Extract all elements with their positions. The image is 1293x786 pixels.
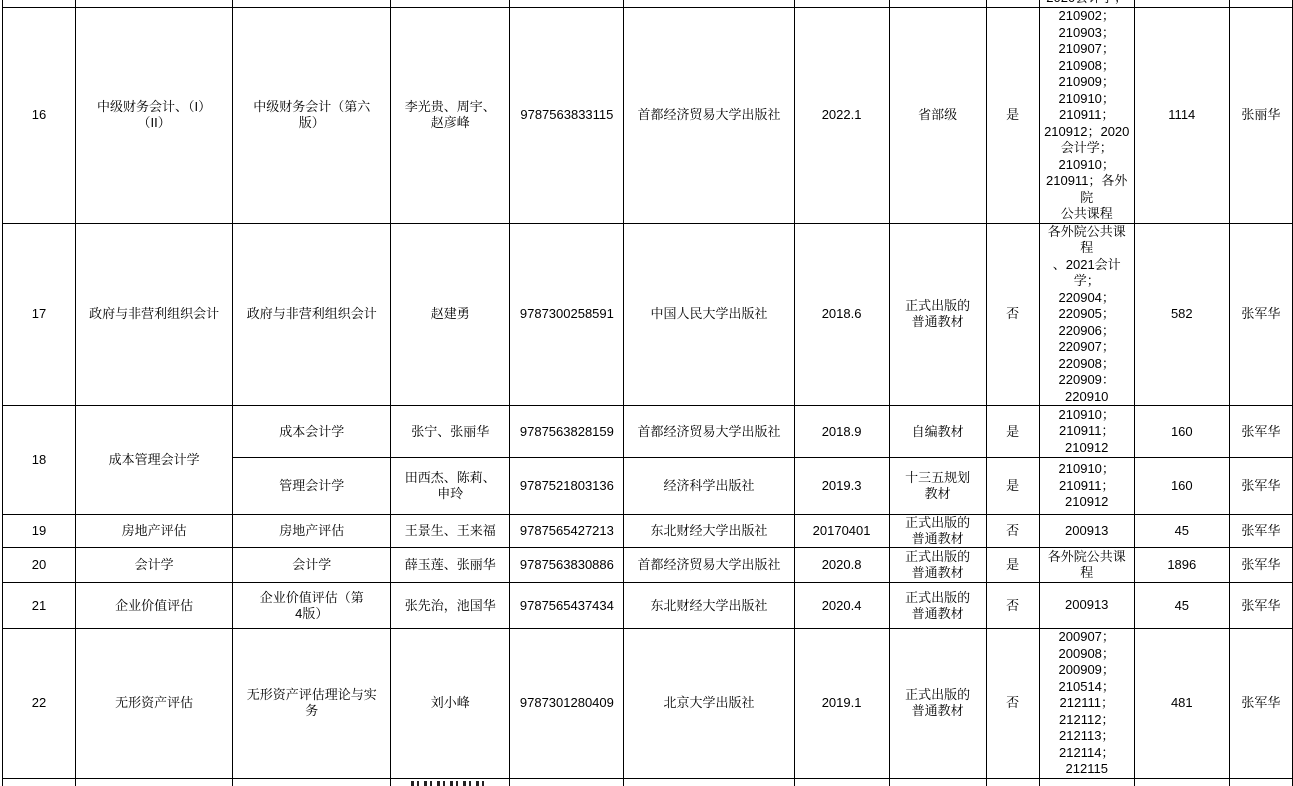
type-cell: 正式出版的 普通教材 (889, 548, 986, 583)
isbn-cell: 9787521803136 (510, 458, 624, 515)
table-cell (889, 778, 986, 786)
person-cell: 张军华 (1229, 406, 1292, 458)
table-cell (889, 0, 986, 8)
table-cell (794, 0, 889, 8)
person-cell: 张军华 (1229, 223, 1292, 406)
classes-cell: 各外院公共课程 、2021会计学； 220904； 220905； 220906… (1039, 223, 1134, 406)
person-cell: 张丽华 (1229, 8, 1292, 224)
textbook-cell: 企业价值评估（第 4版） (233, 583, 391, 629)
date-cell: 2018.6 (794, 223, 889, 406)
textbook-table: 2020会计学； 16 中级财务会计、（I） （II） 中级财务会计（第六 版）… (2, 0, 1293, 786)
table-cell (76, 778, 233, 786)
row-number-cell: 18 (3, 406, 76, 515)
count-cell: 1896 (1134, 548, 1229, 583)
authors-cell: 张先治，池国华 (391, 583, 510, 629)
course-cell: 成本管理会计学 (76, 406, 233, 515)
classes-cell: 200913 (1039, 583, 1134, 629)
authors-cell: 刘小峰 (391, 629, 510, 779)
isbn-cell: 9787563830886 (510, 548, 624, 583)
authors-cell: 王景生、王来福 (391, 515, 510, 548)
date-cell: 2020.8 (794, 548, 889, 583)
table-row-21: 21 企业价值评估 企业价值评估（第 4版） 张先治，池国华 978756543… (3, 583, 1293, 629)
type-cell: 十三五规划 教材 (889, 458, 986, 515)
table-cell (986, 778, 1039, 786)
date-cell: 2018.9 (794, 406, 889, 458)
classes-cell-partial: 2020会计学； (1039, 0, 1134, 8)
flag-cell: 否 (986, 223, 1039, 406)
table-row-17: 17 政府与非营利组织会计 政府与非营利组织会计 赵建勇 97873002585… (3, 223, 1293, 406)
date-cell: 2019.1 (794, 629, 889, 779)
textbook-cell: 政府与非营利组织会计 (233, 223, 391, 406)
flag-cell: 是 (986, 406, 1039, 458)
flag-cell: 否 (986, 629, 1039, 779)
person-cell: 张军华 (1229, 583, 1292, 629)
count-cell: 481 (1134, 629, 1229, 779)
publisher-cell: 首都经济贸易大学出版社 (624, 548, 794, 583)
date-cell: 2020.4 (794, 583, 889, 629)
authors-cell-partial (391, 778, 510, 786)
course-cell: 企业价值评估 (76, 583, 233, 629)
type-cell: 正式出版的 普通教材 (889, 629, 986, 779)
table-cell (76, 0, 233, 8)
row-number-cell: 16 (3, 8, 76, 224)
textbook-cell: 会计学 (233, 548, 391, 583)
course-cell: 中级财务会计、（I） （II） (76, 8, 233, 224)
partial-row-bottom (3, 778, 1293, 786)
date-cell: 2019.3 (794, 458, 889, 515)
table-cell (624, 778, 794, 786)
flag-cell: 否 (986, 583, 1039, 629)
course-cell: 无形资产评估 (76, 629, 233, 779)
isbn-cell: 9787301280409 (510, 629, 624, 779)
row-number-cell: 22 (3, 629, 76, 779)
classes-cell: 210910； 210911； 210912 (1039, 406, 1134, 458)
type-cell: 正式出版的 普通教材 (889, 223, 986, 406)
person-cell: 张军华 (1229, 629, 1292, 779)
date-cell: 2022.1 (794, 8, 889, 224)
partial-row-top: 2020会计学； (3, 0, 1293, 8)
classes-cell: 200913 (1039, 515, 1134, 548)
table-cell (510, 778, 624, 786)
table-row-20: 20 会计学 会计学 薛玉莲、张丽华 9787563830886 首都经济贸易大… (3, 548, 1293, 583)
table-cell (1134, 0, 1229, 8)
person-cell: 张军华 (1229, 548, 1292, 583)
table-cell (391, 0, 510, 8)
textbook-cell: 成本会计学 (233, 406, 391, 458)
table-cell (1134, 778, 1229, 786)
publisher-cell: 北京大学出版社 (624, 629, 794, 779)
authors-cell: 田西杰、陈莉、 申玲 (391, 458, 510, 515)
date-cell: 20170401 (794, 515, 889, 548)
clipped-codes-text: 2020会计学； (1040, 0, 1134, 4)
type-cell: 正式出版的 普通教材 (889, 515, 986, 548)
course-cell: 政府与非营利组织会计 (76, 223, 233, 406)
table-cell (1229, 778, 1292, 786)
person-cell: 张军华 (1229, 458, 1292, 515)
authors-cell: 张宁、张丽华 (391, 406, 510, 458)
table-cell (794, 778, 889, 786)
row-number-cell: 21 (3, 583, 76, 629)
type-cell: 省部级 (889, 8, 986, 224)
table-cell (510, 0, 624, 8)
classes-cell: 各外院公共课程 (1039, 548, 1134, 583)
type-cell: 自编教材 (889, 406, 986, 458)
flag-cell: 是 (986, 548, 1039, 583)
publisher-cell: 经济科学出版社 (624, 458, 794, 515)
textbook-cell: 管理会计学 (233, 458, 391, 515)
flag-cell: 是 (986, 458, 1039, 515)
authors-cell: 赵建勇 (391, 223, 510, 406)
publisher-cell: 中国人民大学出版社 (624, 223, 794, 406)
isbn-cell: 9787565427213 (510, 515, 624, 548)
row-number-cell: 19 (3, 515, 76, 548)
table-cell (624, 0, 794, 8)
row-number-cell: 20 (3, 548, 76, 583)
table-cell (3, 778, 76, 786)
course-cell: 会计学 (76, 548, 233, 583)
clipped-text-fragment (411, 781, 489, 786)
authors-cell: 薛玉莲、张丽华 (391, 548, 510, 583)
person-cell: 张军华 (1229, 515, 1292, 548)
publisher-cell: 首都经济贸易大学出版社 (624, 8, 794, 224)
flag-cell: 是 (986, 8, 1039, 224)
textbook-cell: 无形资产评估理论与实 务 (233, 629, 391, 779)
classes-cell: 200907； 200908； 200909； 210514； 212111； … (1039, 629, 1134, 779)
table-cell (233, 0, 391, 8)
count-cell: 1114 (1134, 8, 1229, 224)
table-row-18a: 18 成本管理会计学 成本会计学 张宁、张丽华 9787563828159 首都… (3, 406, 1293, 458)
table-cell (233, 778, 391, 786)
row-number-cell: 17 (3, 223, 76, 406)
type-cell: 正式出版的 普通教材 (889, 583, 986, 629)
table-cell (1039, 778, 1134, 786)
authors-cell: 李光贵、周宇、 赵彦峰 (391, 8, 510, 224)
isbn-cell: 9787565437434 (510, 583, 624, 629)
isbn-cell: 9787563828159 (510, 406, 624, 458)
table-row-16: 16 中级财务会计、（I） （II） 中级财务会计（第六 版） 李光贵、周宇、 … (3, 8, 1293, 224)
textbook-cell: 中级财务会计（第六 版） (233, 8, 391, 224)
isbn-cell: 9787563833115 (510, 8, 624, 224)
table-cell (1229, 0, 1292, 8)
count-cell: 160 (1134, 406, 1229, 458)
course-cell: 房地产评估 (76, 515, 233, 548)
table-row-19: 19 房地产评估 房地产评估 王景生、王来福 9787565427213 东北财… (3, 515, 1293, 548)
publisher-cell: 首都经济贸易大学出版社 (624, 406, 794, 458)
isbn-cell: 9787300258591 (510, 223, 624, 406)
count-cell: 45 (1134, 515, 1229, 548)
publisher-cell: 东北财经大学出版社 (624, 515, 794, 548)
table-cell (3, 0, 76, 8)
count-cell: 582 (1134, 223, 1229, 406)
table-row-22: 22 无形资产评估 无形资产评估理论与实 务 刘小峰 9787301280409… (3, 629, 1293, 779)
table-cell (986, 0, 1039, 8)
flag-cell: 否 (986, 515, 1039, 548)
textbook-cell: 房地产评估 (233, 515, 391, 548)
count-cell: 160 (1134, 458, 1229, 515)
classes-cell: 210910； 210911； 210912 (1039, 458, 1134, 515)
classes-cell: 210902； 210903； 210907； 210908； 210909； … (1039, 8, 1134, 224)
publisher-cell: 东北财经大学出版社 (624, 583, 794, 629)
count-cell: 45 (1134, 583, 1229, 629)
